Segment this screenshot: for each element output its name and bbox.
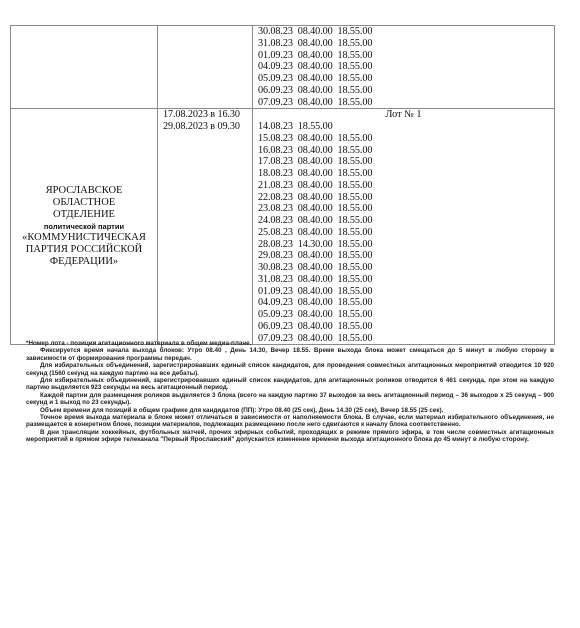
party-name-line: ПАРТИЯ РОССИЙСКОЙ (11, 244, 157, 256)
schedule-entry: 22.08.23 08.40.00 18.55.00 (258, 192, 554, 204)
schedule-entry: 15.08.23 08.40.00 18.55.00 (258, 133, 554, 145)
footnotes: *Номер лота - позиция агитационного мате… (26, 340, 554, 444)
schedule-list: 14.08.23 18.55.0015.08.23 08.40.00 18.55… (253, 121, 554, 344)
schedule-table: 30.08.23 08.40.00 18.55.0031.08.23 08.40… (10, 25, 555, 345)
schedule-entry: 17.08.23 08.40.00 18.55.00 (258, 156, 554, 168)
schedule-entry: 24.08.23 08.40.00 18.55.00 (258, 215, 554, 227)
footnote-paragraph: Для избирательных объединений, зарегистр… (26, 362, 554, 377)
schedule-entry: 28.08.23 14.30.00 18.55.00 (258, 239, 554, 251)
schedule-entry: 07.09.23 08.40.00 18.55.00 (258, 97, 554, 109)
party-cell: ЯРОСЛАВСКОЕ ОБЛАСТНОЕ ОТДЕЛЕНИЕ политиче… (11, 109, 158, 345)
schedule-entry: 30.08.23 08.40.00 18.55.00 (258, 262, 554, 274)
footnote-paragraph: Точное время выхода материала в блоке мо… (26, 414, 554, 429)
schedule-entry: 31.08.23 08.40.00 18.55.00 (258, 38, 554, 50)
footnote-paragraph: В дни трансляции хоккейных, футбольных м… (26, 429, 554, 444)
schedule-entry: 30.08.23 08.40.00 18.55.00 (258, 26, 554, 38)
party-name-line: «КОММУНИСТИЧЕСКАЯ (11, 232, 157, 244)
schedule-entry: 23.08.23 08.40.00 18.55.00 (258, 203, 554, 215)
table-row: 30.08.23 08.40.00 18.55.0031.08.23 08.40… (11, 26, 555, 109)
party-cell (11, 26, 158, 109)
schedule-entry: 04.09.23 08.40.00 18.55.00 (258, 297, 554, 309)
schedule-cell: 30.08.23 08.40.00 18.55.0031.08.23 08.40… (253, 26, 555, 109)
footnote-paragraph: Каждой партии для размещения роликов выд… (26, 392, 554, 407)
schedule-entry: 25.08.23 08.40.00 18.55.00 (258, 227, 554, 239)
publication-date: 17.08.2023 в 16.30 (158, 109, 252, 121)
footnote-paragraph: Фиксируется время начала выхода блоков: … (26, 347, 554, 362)
schedule-entry: 04.09.23 08.40.00 18.55.00 (258, 61, 554, 73)
schedule-entry: 16.08.23 08.40.00 18.55.00 (258, 145, 554, 157)
schedule-entry: 18.08.23 08.40.00 18.55.00 (258, 168, 554, 180)
party-name-line: ЯРОСЛАВСКОЕ (11, 185, 157, 197)
lot-number: Лот № 1 (253, 109, 554, 121)
schedule-entry: 06.09.23 08.40.00 18.55.00 (258, 321, 554, 333)
party-name-line: ФЕДЕРАЦИИ» (11, 256, 157, 268)
schedule-entry: 29.08.23 08.40.00 18.55.00 (258, 250, 554, 262)
schedule-entry: 01.09.23 08.40.00 18.55.00 (258, 286, 554, 298)
table-row: ЯРОСЛАВСКОЕ ОБЛАСТНОЕ ОТДЕЛЕНИЕ политиче… (11, 109, 555, 345)
schedule-cell: Лот № 1 14.08.23 18.55.0015.08.23 08.40.… (253, 109, 555, 345)
schedule-entry: 05.09.23 08.40.00 18.55.00 (258, 73, 554, 85)
schedule-entry: 14.08.23 18.55.00 (258, 121, 554, 133)
footnote-paragraph: Для избирательных объединений, зарегистр… (26, 377, 554, 392)
schedule-entry: 21.08.23 08.40.00 18.55.00 (258, 180, 554, 192)
publication-cell (158, 26, 253, 109)
publication-date: 29.08.2023 в 09.30 (158, 121, 252, 133)
schedule-list: 30.08.23 08.40.00 18.55.0031.08.23 08.40… (253, 26, 554, 108)
party-name-line: политической партии (11, 221, 157, 232)
schedule-entry: 31.08.23 08.40.00 18.55.00 (258, 274, 554, 286)
schedule-entry: 05.09.23 08.40.00 18.55.00 (258, 309, 554, 321)
schedule-entry: 06.09.23 08.40.00 18.55.00 (258, 85, 554, 97)
party-name-line: ОБЛАСТНОЕ (11, 197, 157, 209)
publication-cell: 17.08.2023 в 16.30 29.08.2023 в 09.30 (158, 109, 253, 345)
schedule-entry: 01.09.23 08.40.00 18.55.00 (258, 50, 554, 62)
party-name-line: ОТДЕЛЕНИЕ (11, 209, 157, 221)
footnote-paragraph: Объем времени для позиций в общем график… (26, 407, 554, 414)
